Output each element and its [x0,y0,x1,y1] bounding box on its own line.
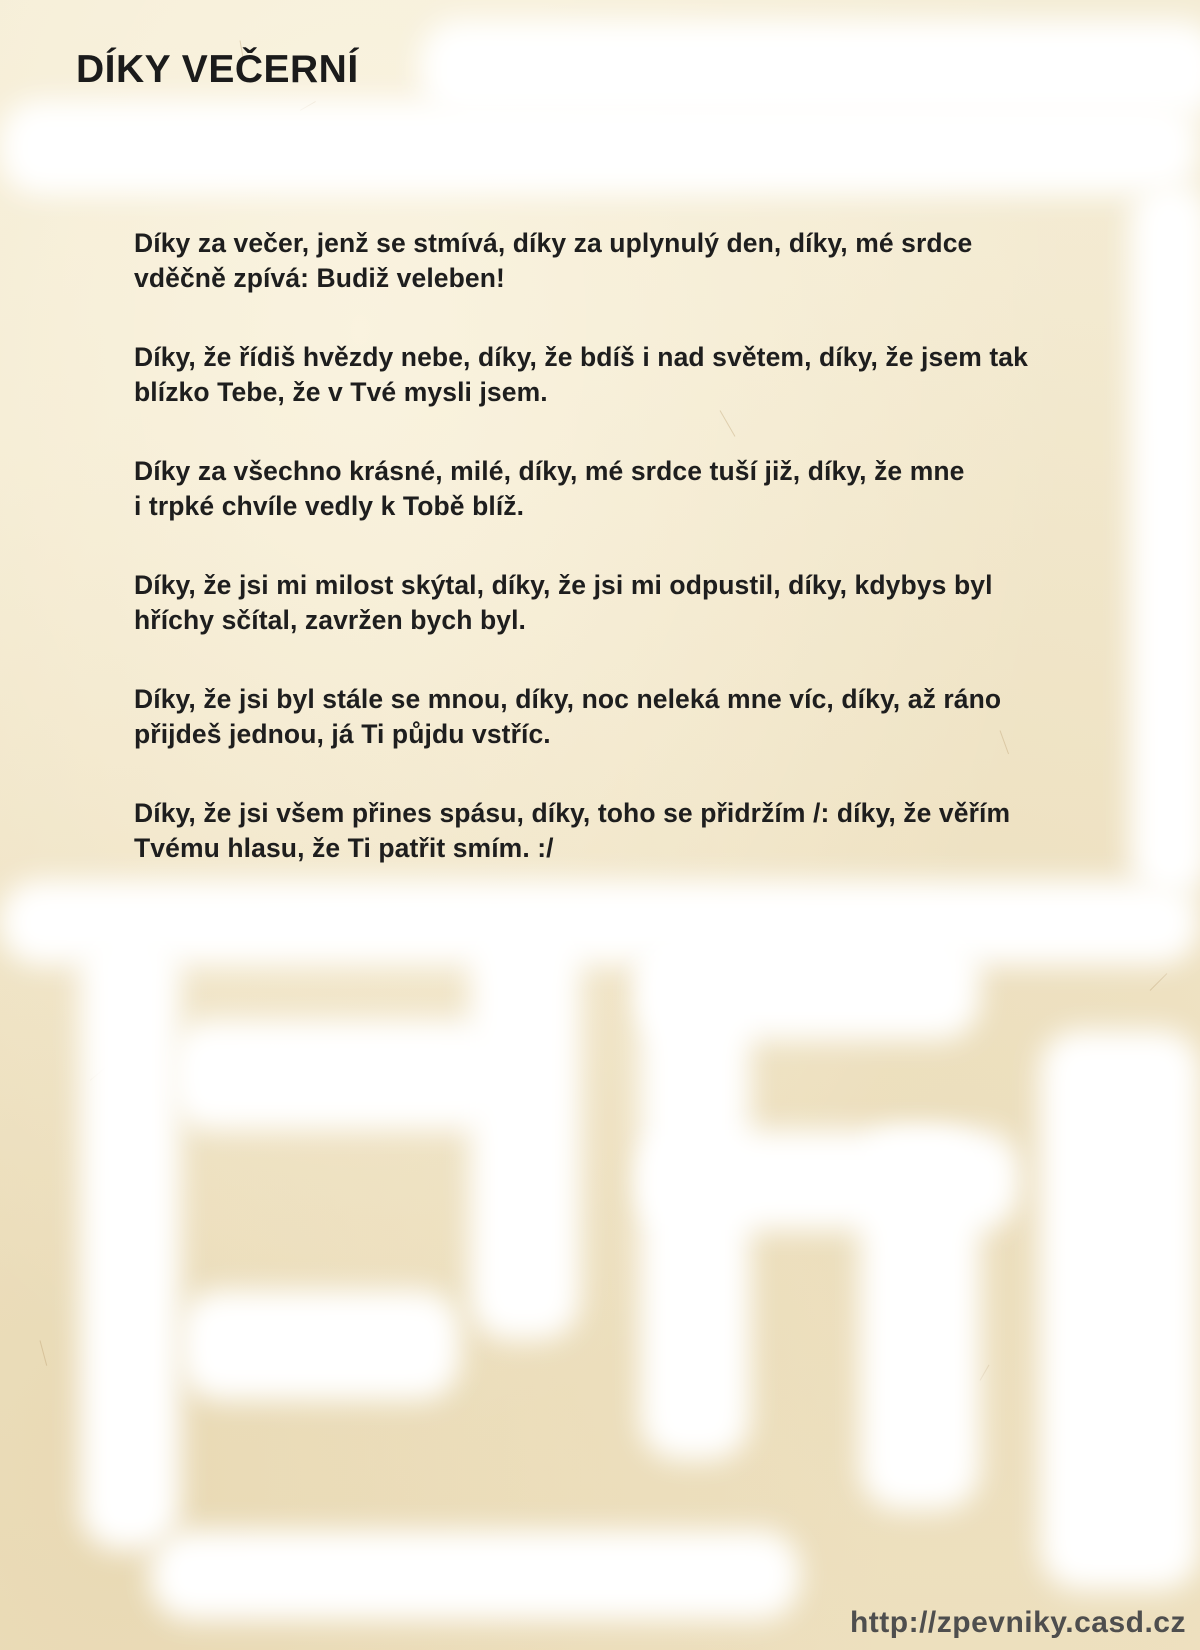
erased-area [0,100,1200,195]
source-watermark: http://zpevniky.casd.cz [850,1606,1186,1640]
erased-area [860,1130,980,1510]
erased-area [470,920,580,1340]
lyric-line: Díky za večer, jenž se stmívá, díky za u… [134,226,1144,261]
lyrics: Díky za večer, jenž se stmívá, díky za u… [134,226,1144,910]
lyric-line: hříchy sčítal, zavržen bych byl. [134,603,1144,638]
erased-area [150,1530,800,1620]
stanza: Díky, že jsi všem přines spásu, díky, to… [134,796,1144,866]
lyric-line: blízko Tebe, že v Tvé mysli jsem. [134,375,1144,410]
song-title: DÍKY VEČERNÍ [76,48,359,92]
lyric-line: Díky, že řídiš hvězdy nebe, díky, že bdí… [134,340,1144,375]
stanza: Díky za večer, jenž se stmívá, díky za u… [134,226,1144,296]
lyric-line: přijdeš jednou, já Ti půjdu vstříc. [134,717,1144,752]
lyric-line: vděčně zpívá: Budiž veleben! [134,261,1144,296]
lyric-line: Tvému hlasu, že Ti patřit smím. :/ [134,831,1144,866]
erased-area [80,930,180,1550]
erased-area [180,1290,460,1400]
stanza: Díky, že jsi mi milost skýtal, díky, že … [134,568,1144,638]
stanza: Díky, že jsi byl stále se mnou, díky, no… [134,682,1144,752]
erased-area [1040,1030,1200,1590]
lyric-line: i trpké chvíle vedly k Tobě blíž. [134,489,1144,524]
erased-area [170,1020,510,1130]
lyric-line: Díky za všechno krásné, milé, díky, mé s… [134,454,1144,489]
lyric-line: Díky, že jsi všem přines spásu, díky, to… [134,796,1144,831]
stanza: Díky za všechno krásné, milé, díky, mé s… [134,454,1144,524]
lyric-line: Díky, že jsi mi milost skýtal, díky, že … [134,568,1144,603]
stanza: Díky, že řídiš hvězdy nebe, díky, že bdí… [134,340,1144,410]
lyric-line: Díky, že jsi byl stále se mnou, díky, no… [134,682,1144,717]
